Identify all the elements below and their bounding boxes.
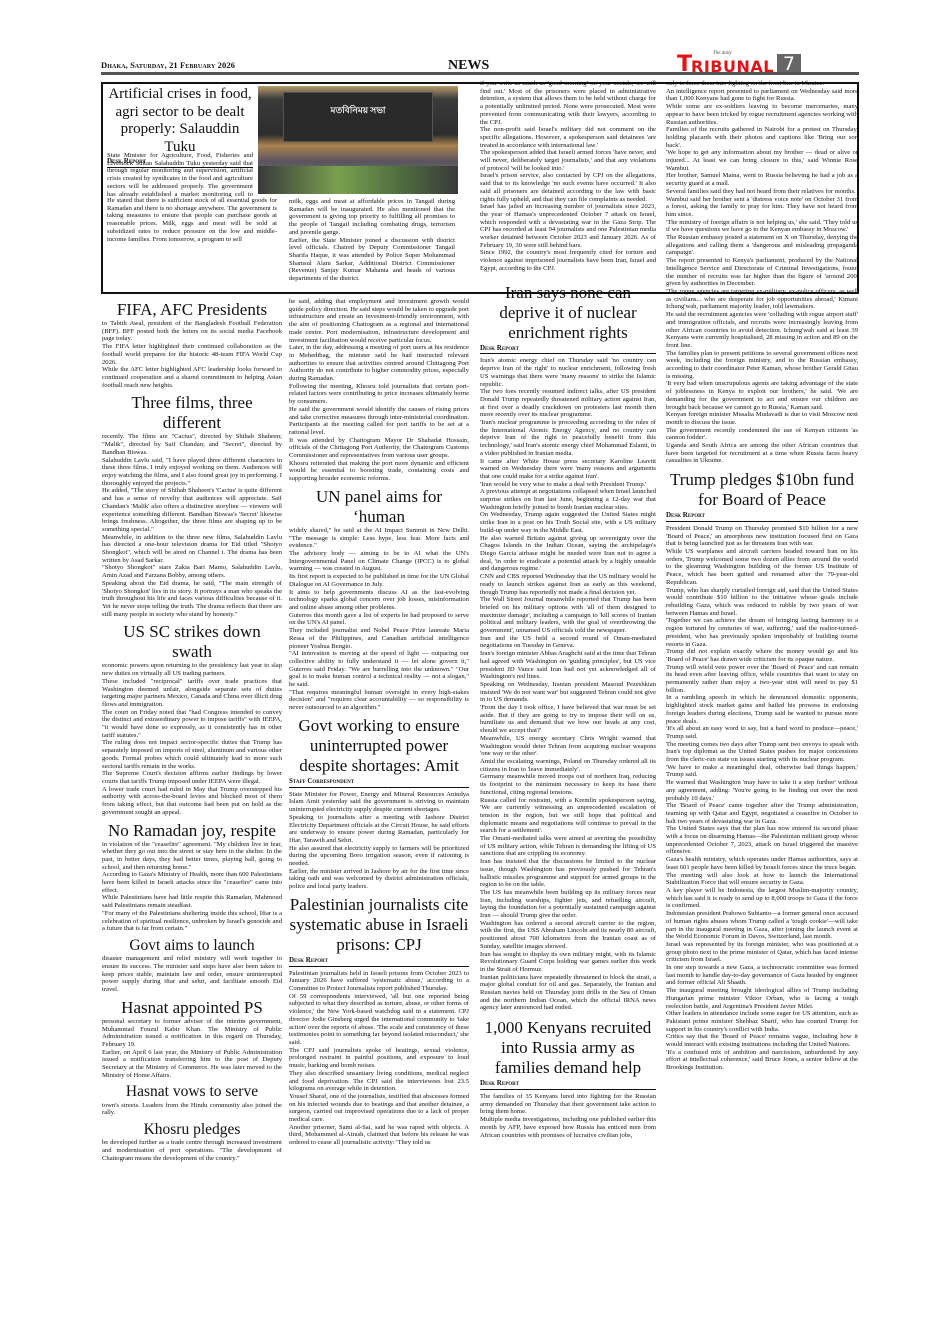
- paragraph: The FIFA letter highlighted their contin…: [102, 343, 282, 366]
- paragraph: Guterres this month gave a list of exper…: [289, 612, 469, 627]
- paragraph: The US has meanwhile been building up it…: [480, 889, 656, 920]
- paragraph: He also assured that electricity supply …: [289, 845, 469, 868]
- paragraph: The non-profit said Israel's military di…: [480, 126, 656, 149]
- paragraph: The ruling does not impact sector-specif…: [102, 739, 282, 770]
- paragraph: Indonesian president Prabowo Subianto—a …: [666, 910, 858, 941]
- paragraph: Trump, who has sharply curtailed foreign…: [666, 587, 858, 618]
- dateline: Dhaka, Saturday, 21 February 2026: [101, 60, 235, 70]
- paragraph: The meeting comes two days after Trump s…: [666, 741, 858, 764]
- headline: Hasnat appointed PS: [102, 998, 282, 1018]
- paragraph: Iran has sought to display its own milit…: [480, 951, 656, 974]
- paragraph: 'The ministry of foreign affairs is not …: [666, 219, 858, 234]
- paragraph: Khosru reiterated that making the port m…: [289, 460, 469, 483]
- headline: No Ramadan joy, respite: [102, 821, 282, 841]
- paragraph: Other leaders in attendance include some…: [666, 1010, 858, 1033]
- paragraph: Kenyan foreign minister Musalia Mudavadi…: [666, 411, 858, 426]
- paragraph: Its first report is expected to be publi…: [289, 573, 469, 588]
- paragraph: These included "reciprocal" tariffs over…: [102, 678, 282, 709]
- paragraph: "For many of the Palestinians sheltering…: [102, 910, 282, 933]
- paragraph: 'It very bad when unscrupulous agents ar…: [666, 380, 858, 411]
- paragraph: He said the recruitment agencies were 'c…: [666, 311, 858, 350]
- paragraph: 'The rogue agencies are targeting ex-mil…: [666, 288, 858, 311]
- paragraph: Germany meanwhile moved troops out of no…: [480, 773, 656, 796]
- headline: 1,000 Kenyans recruited into Russia army…: [480, 1018, 656, 1078]
- paragraph: The CPJ said journalists spoke of beatin…: [289, 1047, 469, 1070]
- conference-table: [258, 166, 458, 194]
- paragraph: The Russian embassy posted a statement o…: [666, 234, 858, 257]
- paragraph: The families plan to present petitions t…: [666, 350, 858, 381]
- paragraph: Iranian politicians have repeatedly thre…: [480, 974, 656, 1013]
- paragraph: The 'Board of Peace' came together after…: [666, 802, 858, 825]
- paragraph: Earlier, on April 6 last year, the Minis…: [102, 1049, 282, 1080]
- paragraph: Israel's prison service, also contacted …: [480, 172, 656, 203]
- byline: Staff Correspondent: [289, 778, 469, 788]
- paragraph: "AI innovation is moving at the speed of…: [289, 650, 469, 689]
- paragraph: Amid the escalating warnings, Poland on …: [480, 758, 656, 773]
- paragraph: to Tabith Awal, president of the Banglad…: [102, 320, 282, 343]
- paragraph: Iran's atomic energy chief on Thursday s…: [480, 357, 656, 388]
- paragraph: Trump will wield veto power over the 'Bo…: [666, 664, 858, 695]
- byline: Desk Report: [666, 512, 858, 522]
- paragraph: Washington has ordered a second aircraft…: [480, 920, 656, 951]
- logo-tagline: The daily: [713, 51, 732, 56]
- paragraph: widely shared," he said at the AI Impact…: [289, 527, 469, 550]
- paragraph: in violation of the "ceasefire" agreemen…: [102, 841, 282, 872]
- banner-screen: মতবিনিময় সভা: [283, 92, 433, 142]
- paragraph: Russia called for restraint, with a Krem…: [480, 797, 656, 836]
- paragraph: Iran and the US held a second round of O…: [480, 635, 656, 650]
- paragraph: 'Iran's nuclear programme is proceeding …: [480, 419, 656, 458]
- paragraph: He also warned Britain against giving up…: [480, 535, 656, 574]
- paragraph: An intelligence report presented to parl…: [666, 88, 858, 103]
- paragraph: According to Gaza's Ministry of Health, …: [102, 871, 282, 894]
- paragraph: The report presented to Kenya's parliame…: [666, 257, 858, 288]
- header-rule: [101, 72, 859, 75]
- paragraph: Following the meeting, Khosru told journ…: [289, 383, 469, 406]
- tuku-body-top: State Minister for Agriculture, Food, Fi…: [107, 152, 253, 197]
- paragraph: 'We hope to get any information about my…: [666, 149, 858, 172]
- paragraph: Trump did not explain exactly where the …: [666, 648, 858, 663]
- paragraph: Earlier, the minister arrived in Jashore…: [289, 868, 469, 891]
- paragraph: Yousef Sharaf, one of the journalists, t…: [289, 1093, 469, 1124]
- paragraph: Speaking about the Eid drama, he said, "…: [102, 580, 282, 619]
- paragraph: Palestinian journalists held in Israeli …: [289, 970, 469, 993]
- paragraph: Iran's foreign minister Abbas Araghchi s…: [480, 650, 656, 681]
- paragraph: While the AFC letter highlighted AFC lea…: [102, 366, 282, 389]
- paragraph: Her brother, Samuel Maina, went to Russi…: [666, 172, 858, 187]
- paragraph: 'Together we can achieve the dream of br…: [666, 617, 858, 648]
- paragraph: While US warplanes and aircraft carriers…: [666, 548, 858, 587]
- headline: Govt aims to launch: [102, 937, 282, 955]
- headline: Iran says none can deprive it of nuclear…: [480, 283, 656, 343]
- paragraph: While Palestinians have had little respi…: [102, 894, 282, 909]
- paragraph: Later, in the day, addressing a meeting …: [289, 344, 469, 383]
- paragraph: While some are ex-soldiers leaving to be…: [666, 103, 858, 126]
- headline: FIFA, AFC Presidents: [102, 300, 282, 320]
- paragraph: be developed further as a trade centre t…: [102, 1139, 282, 1162]
- paragraph: A lower trade court had ruled in May tha…: [102, 786, 282, 817]
- byline: Desk Report: [480, 345, 656, 355]
- paragraph: Israel has jailed an increasing number o…: [480, 203, 656, 249]
- paragraph: "That requires meaningful human oversigh…: [289, 689, 469, 712]
- paragraph: The government recently condemned the us…: [666, 427, 858, 442]
- paragraph: 'We have to make a meaningful deal, othe…: [666, 764, 858, 779]
- third-column: if you write as much as 'good morning' o…: [480, 80, 656, 1336]
- paragraph: It aims to help governments discuss AI a…: [289, 589, 469, 612]
- second-column: he said, adding that employment and inve…: [289, 298, 469, 1336]
- paragraph: The inaugural meeting brought ideologica…: [666, 987, 858, 1010]
- paragraph: They included journalist and Nobel Peace…: [289, 627, 469, 650]
- paragraph: The meeting will also look at how to lau…: [666, 872, 858, 887]
- headline: Three films, three different: [102, 393, 282, 433]
- headline: Govt working to ensure uninterrupted pow…: [289, 716, 469, 776]
- paragraph: Families of the recruits gathered in Nai…: [666, 126, 858, 149]
- paragraph: "Shotyo Shongkot" stars Zakia Bari Mamo,…: [102, 564, 282, 579]
- meeting-photo: মতবিনিময় সভা: [258, 86, 458, 194]
- paragraph: milk, eggs and meat at affordable prices…: [289, 198, 455, 237]
- paragraph: The families of 35 Kenyans lured into fi…: [480, 1093, 656, 1116]
- paragraph: State Minister for Agriculture, Food, Fi…: [107, 152, 253, 197]
- paragraph: A key player will be Indonesia, the larg…: [666, 887, 858, 910]
- left-column: FIFA, AFC Presidents to Tabith Awal, pre…: [102, 300, 282, 1336]
- paragraph: On Wednesday, Trump again suggested the …: [480, 511, 656, 534]
- paragraph: Israel was represented by its foreign mi…: [666, 941, 858, 964]
- paragraph: The United States says that the plan has…: [666, 825, 858, 856]
- paragraph: Wambui said her brother sent a 'distress…: [666, 196, 858, 219]
- paragraph: They also described unsanitary living co…: [289, 1070, 469, 1093]
- paragraph: President Donald Trump on Thursday promi…: [666, 525, 858, 548]
- paragraph: State Minister for Power, Energy and Min…: [289, 791, 469, 814]
- paragraph: Uganda and South Africa are among the ot…: [666, 442, 858, 465]
- paragraph: It came after White House press secretar…: [480, 458, 656, 481]
- paragraph: economic powers upon returning to the pr…: [102, 662, 282, 677]
- fourth-column: only to force them into fighting on the …: [666, 80, 858, 1336]
- byline: Desk Report: [480, 1080, 656, 1090]
- paragraph: In one step towards a new Gaza, a techno…: [666, 964, 858, 987]
- tuku-col2: milk, eggs and meat at affordable prices…: [289, 198, 455, 283]
- headline: Khosru pledges: [102, 1121, 282, 1139]
- paragraph: Salahuddin Lavlu said, "I have played th…: [102, 457, 282, 488]
- headline: Artificial crises in food, agri sector t…: [107, 86, 253, 156]
- paragraph: In a rambling speech in which he denounc…: [666, 694, 858, 725]
- paragraph: Earlier, the State Minister joined a dis…: [289, 237, 455, 283]
- paragraph: 'It's a confused mix of ambition and nar…: [666, 1049, 858, 1072]
- paragraph: He stated that there is sufficient stock…: [107, 197, 277, 243]
- paragraph: CNN and CBS reported Wednesday that the …: [480, 573, 656, 596]
- paragraph: only to force them into fighting on the …: [666, 80, 858, 88]
- paragraph: Gaza's health ministry, which operates u…: [666, 856, 858, 871]
- paragraph: The court on Friday noted that "had Cong…: [102, 709, 282, 740]
- headline: US SC strikes down swath: [102, 622, 282, 662]
- paragraph: The advisory body — aiming to be to AI w…: [289, 550, 469, 573]
- paragraph: personal secretary to former adviser of …: [102, 1018, 282, 1049]
- paragraph: He said the government would identify th…: [289, 406, 469, 437]
- paragraph: Speaking to journalists after a meeting …: [289, 814, 469, 845]
- paragraph: recently. The films are "Cactus", direct…: [102, 433, 282, 456]
- paragraph: The Omani-mediated talks were aimed at a…: [480, 835, 656, 858]
- paragraph: He warned that Washington 'may have to t…: [666, 779, 858, 802]
- paragraph: The two foes recently resumed indirect t…: [480, 388, 656, 419]
- paragraph: It was attended by Chattogram Mayor Dr S…: [289, 437, 469, 460]
- paragraph: Meanwhile, in addition to the three new …: [102, 534, 282, 565]
- paragraph: Of 59 correspondents interviewed, 'all b…: [289, 993, 469, 1047]
- paragraph: Speaking on Wednesday, Iranian president…: [480, 681, 656, 704]
- paragraph: he said, adding that employment and inve…: [289, 298, 469, 344]
- paragraph: Another prisoner, Sami al-Sai, said he w…: [289, 1124, 469, 1147]
- headline: UN panel aims for ‘human: [289, 487, 469, 527]
- paragraph: Several families said they had not heard…: [666, 188, 858, 196]
- paragraph: disaster management and relief ministry …: [102, 955, 282, 994]
- headline: Trump pledges $10bn fund for Board of Pe…: [666, 470, 858, 510]
- headline: Palestinian journalists cite systematic …: [289, 895, 469, 955]
- paragraph: The Wall Street Journal meanwhile report…: [480, 596, 656, 635]
- paragraph: if you write as much as 'good morning' o…: [480, 80, 656, 126]
- paragraph: The Supreme Court's decision affirms ear…: [102, 770, 282, 785]
- paragraph: The spokesperson added that Israeli arme…: [480, 149, 656, 172]
- paragraph: A previous attempt at negotiations colla…: [480, 488, 656, 511]
- paragraph: Multiple media investigations, including…: [480, 1116, 656, 1139]
- headline: Hasnat vows to serve: [102, 1083, 282, 1101]
- paragraph: 'Iran would be very wise to make a deal …: [480, 481, 656, 489]
- paragraph: Since 1992, the country's most frequentl…: [480, 249, 656, 272]
- paragraph: Iran has insisted that the discussions b…: [480, 858, 656, 889]
- paragraph: Meanwhile, US energy secretary Chris Wri…: [480, 735, 656, 758]
- byline: Desk Report: [289, 957, 469, 967]
- paragraph: 'It's all about an easy word to say, but…: [666, 725, 858, 740]
- paragraph: 'From the day I took office, I have beli…: [480, 704, 656, 735]
- paragraph: He added, "The story of Shihab Shaheen's…: [102, 487, 282, 533]
- tuku-col1: He stated that there is sufficient stock…: [107, 197, 277, 291]
- paragraph: Critics say that the 'Board of Peace' re…: [666, 1033, 858, 1048]
- paragraph: town's streets. Leaders from the Hindu c…: [102, 1102, 282, 1117]
